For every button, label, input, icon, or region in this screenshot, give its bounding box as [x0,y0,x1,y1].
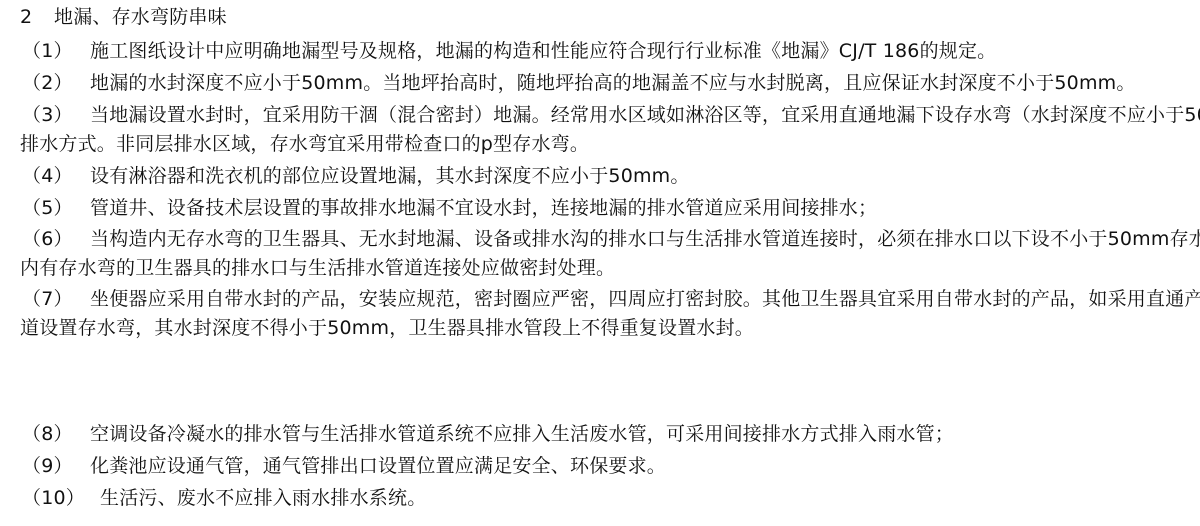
list-item-8: （8） 空调设备冷凝水的排水管与生活排水管道系统不应排入生活废水管，可采用间接排… [0,420,1200,449]
item-text: 生活污、废水不应排入雨水排水系统。 [100,484,426,513]
item-number: （4） [22,162,73,191]
item-text: 施工图纸设计中应明确地漏型号及规格，地漏的构造和性能应符合现行行业标准《地漏》C… [90,37,996,66]
list-item-6: （6） 当构造内无存水弯的卫生器具、无水封地漏、设备或排水沟的排水口与生活排水管… [0,225,1200,254]
item-text: 坐便器应采用自带水封的产品，安装应规范，密封圈应严密，四周应打密封胶。其他卫生器… [90,285,1200,314]
item-number: （5） [22,194,73,223]
item-number: （10） [22,484,85,513]
section-heading: 2 地漏、存水弯防串味 [0,3,1200,32]
item-text: 地漏的水封深度不应小于50mm。当地坪抬高时，随地坪抬高的地漏盖不应与水封脱离，… [90,69,1136,98]
list-item-2: （2） 地漏的水封深度不应小于50mm。当地坪抬高时，随地坪抬高的地漏盖不应与水… [0,69,1200,98]
item-number: （3） [22,101,73,130]
item-text: 空调设备冷凝水的排水管与生活排水管道系统不应排入生活废水管，可采用间接排水方式排… [90,420,954,449]
section-number: 2 [20,3,32,32]
item-number: （6） [22,225,73,254]
list-item-6-continuation: 内有存水弯的卫生器具的排水口与生活排水管道连接处应做密封处理。 [0,254,1200,283]
item-text-continuation: 排水方式。非同层排水区域，存水弯宜采用带检查口的p型存水弯。 [20,130,589,159]
list-item-9: （9） 化粪池应设通气管，通气管排出口设置位置应满足安全、环保要求。 [0,452,1200,481]
item-text-continuation: 道设置存水弯，其水封深度不得小于50mm，卫生器具排水管段上不得重复设置水封。 [20,314,754,343]
item-number: （2） [22,69,73,98]
item-text: 管道井、设备技术层设置的事故排水地漏不宜设水封，连接地漏的排水管道应采用间接排水… [90,194,877,223]
list-item-3-continuation: 排水方式。非同层排水区域，存水弯宜采用带检查口的p型存水弯。 [0,130,1200,159]
list-item-10: （10） 生活污、废水不应排入雨水排水系统。 [0,484,1200,513]
item-number: （9） [22,452,73,481]
item-number: （7） [22,285,73,314]
item-text-continuation: 内有存水弯的卫生器具的排水口与生活排水管道连接处应做密封处理。 [20,254,615,283]
list-item-7-continuation: 道设置存水弯，其水封深度不得小于50mm，卫生器具排水管段上不得重复设置水封。 [0,314,1200,343]
list-item-4: （4） 设有淋浴器和洗衣机的部位应设置地漏，其水封深度不应小于50mm。 [0,162,1200,191]
list-item-1: （1） 施工图纸设计中应明确地漏型号及规格，地漏的构造和性能应符合现行行业标准《… [0,37,1200,66]
list-item-5: （5） 管道井、设备技术层设置的事故排水地漏不宜设水封，连接地漏的排水管道应采用… [0,194,1200,223]
list-item-7: （7） 坐便器应采用自带水封的产品，安装应规范，密封圈应严密，四周应打密封胶。其… [0,285,1200,314]
item-text: 化粪池应设通气管，通气管排出口设置位置应满足安全、环保要求。 [90,452,666,481]
item-number: （1） [22,37,73,66]
item-text: 当地漏设置水封时，宜采用防干涸（混合密封）地漏。经常用水区域如淋浴区等，宜采用直… [90,101,1200,130]
section-title: 地漏、存水弯防串味 [54,3,227,32]
item-number: （8） [22,420,73,449]
item-text: 当构造内无存水弯的卫生器具、无水封地漏、设备或排水沟的排水口与生活排水管道连接时… [90,225,1200,254]
item-text: 设有淋浴器和洗衣机的部位应设置地漏，其水封深度不应小于50mm。 [90,162,690,191]
list-item-3: （3） 当地漏设置水封时，宜采用防干涸（混合密封）地漏。经常用水区域如淋浴区等，… [0,101,1200,130]
